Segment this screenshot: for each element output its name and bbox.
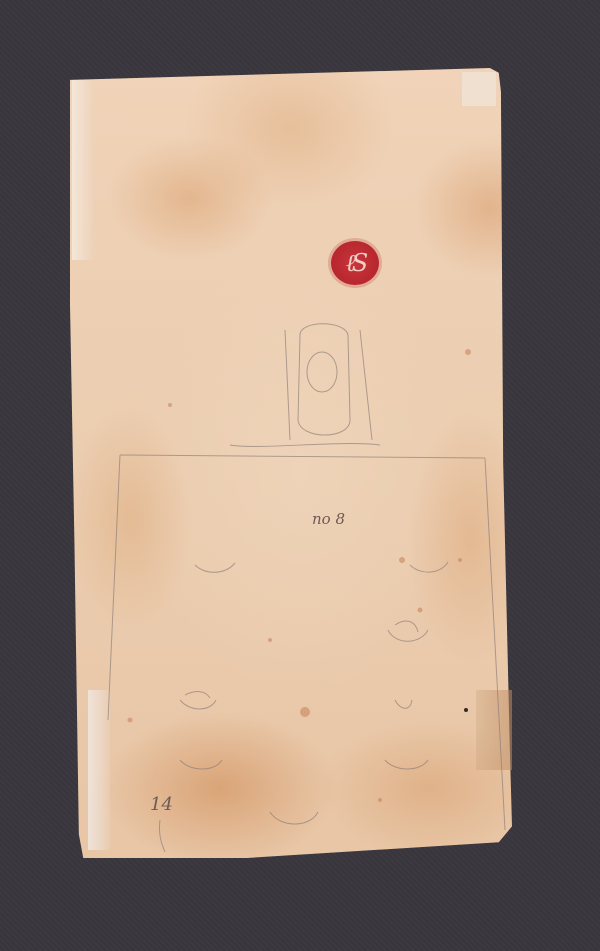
inscription-lower-left: 14: [150, 794, 173, 815]
ink-dot: [464, 708, 468, 712]
pencil-sketches: [0, 0, 600, 951]
inscription-number: no 8: [312, 510, 345, 528]
foxing-spots: [128, 349, 472, 802]
sketch-frame-lines: [285, 330, 372, 440]
sketch-figure-outline: [298, 324, 350, 435]
sketch-head: [307, 352, 337, 392]
collector-stamp-monogram: ℓS: [331, 241, 379, 285]
